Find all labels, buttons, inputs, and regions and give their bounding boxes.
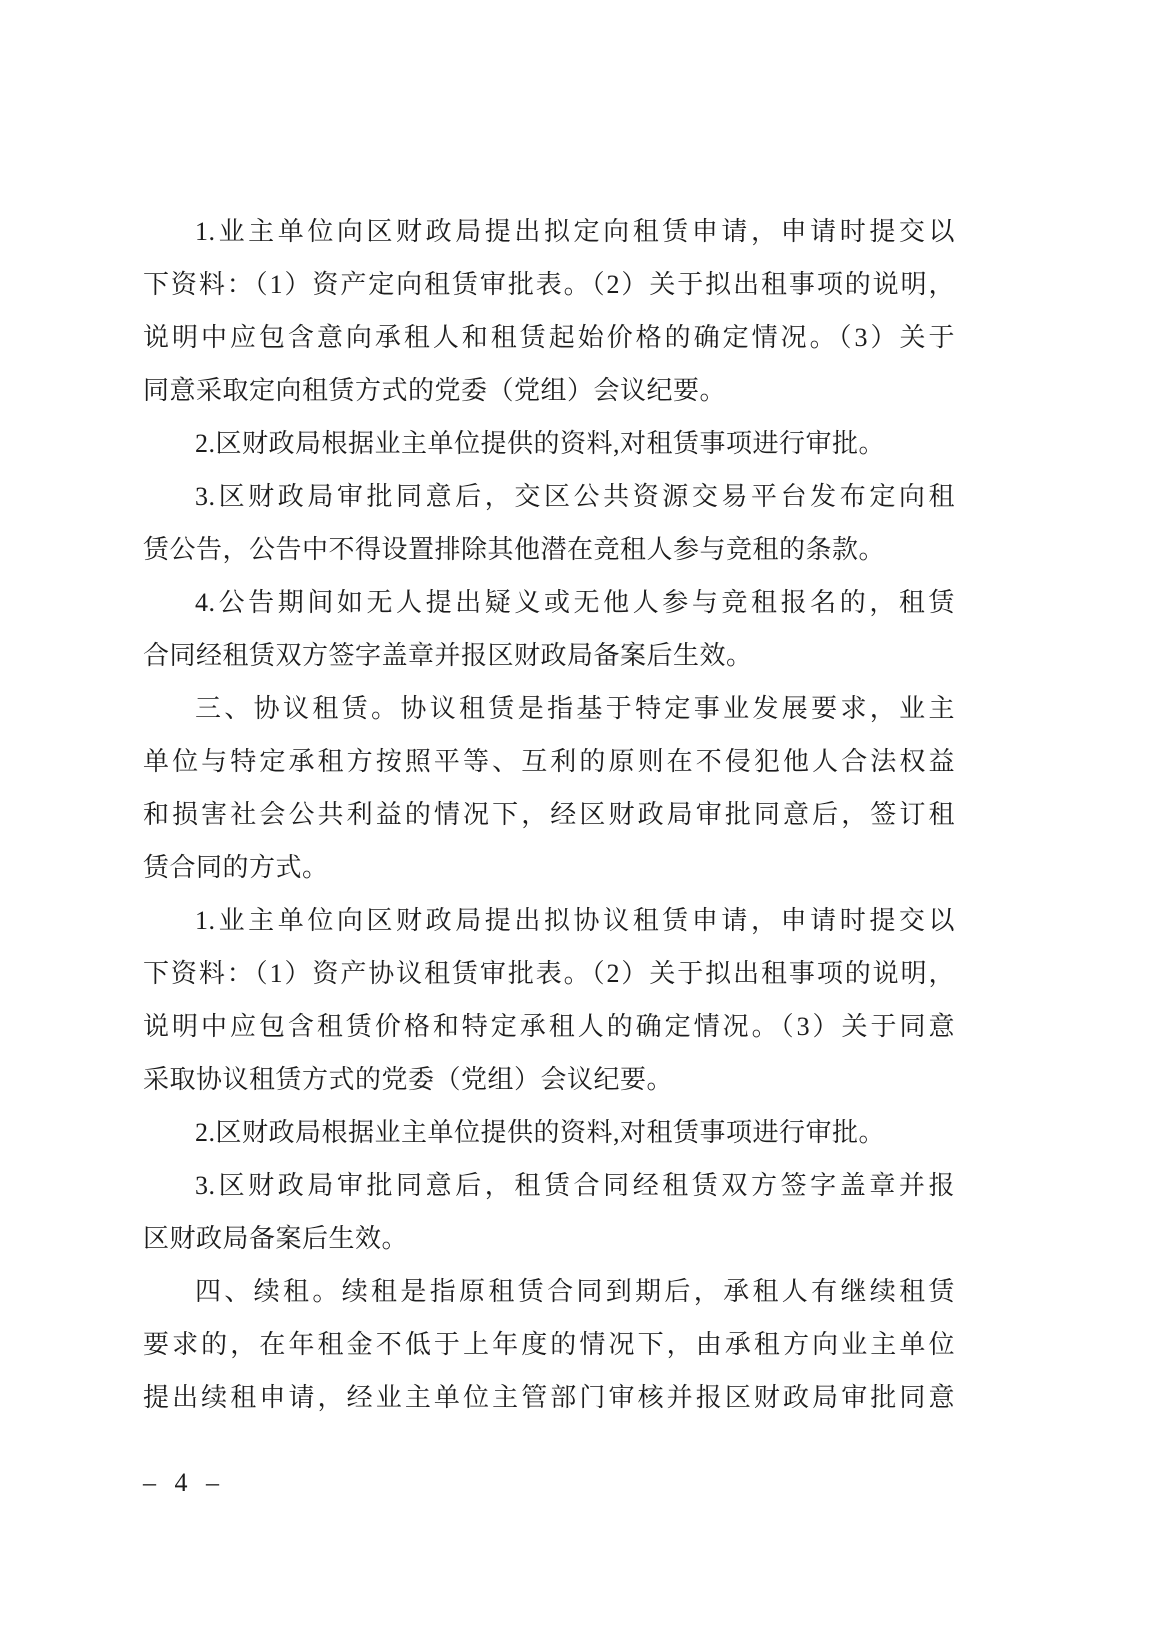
text-line: 和损害社会公共利益的情况下，经区财政局审批同意后，签订租 — [143, 788, 955, 841]
text-line: 2.区财政局根据业主单位提供的资料,对租赁事项进行审批。 — [143, 417, 955, 470]
document-body: 1.业主单位向区财政局提出拟定向租赁申请，申请时提交以下资料：（1）资产定向租赁… — [143, 205, 955, 1424]
text-line: 赁合同的方式。 — [143, 841, 955, 894]
paragraph: 1.业主单位向区财政局提出拟定向租赁申请，申请时提交以下资料：（1）资产定向租赁… — [143, 205, 955, 417]
text-line: 3.区财政局审批同意后，租赁合同经租赁双方签字盖章并报 — [143, 1159, 955, 1212]
text-line: 说明中应包含意向承租人和租赁起始价格的确定情况。（3）关于 — [143, 311, 955, 364]
text-line: 区财政局备案后生效。 — [143, 1212, 955, 1265]
text-line: 下资料：（1）资产定向租赁审批表。（2）关于拟出租事项的说明， — [143, 258, 955, 311]
text-line: 3.区财政局审批同意后，交区公共资源交易平台发布定向租 — [143, 470, 955, 523]
paragraph: 三、协议租赁。协议租赁是指基于特定事业发展要求，业主单位与特定承租方按照平等、互… — [143, 682, 955, 894]
paragraph: 四、续租。续租是指原租赁合同到期后，承租人有继续租赁要求的，在年租金不低于上年度… — [143, 1265, 955, 1424]
paragraph: 1.业主单位向区财政局提出拟协议租赁申请，申请时提交以下资料：（1）资产协议租赁… — [143, 894, 955, 1106]
text-line: 采取协议租赁方式的党委（党组）会议纪要。 — [143, 1053, 955, 1106]
paragraph: 4.公告期间如无人提出疑义或无他人参与竞租报名的，租赁合同经租赁双方签字盖章并报… — [143, 576, 955, 682]
text-line: 单位与特定承租方按照平等、互利的原则在不侵犯他人合法权益 — [143, 735, 955, 788]
page-footer: – 4 – — [143, 1463, 225, 1503]
text-line: 四、续租。续租是指原租赁合同到期后，承租人有继续租赁 — [143, 1265, 955, 1318]
paragraph: 3.区财政局审批同意后，交区公共资源交易平台发布定向租赁公告，公告中不得设置排除… — [143, 470, 955, 576]
text-line: 要求的，在年租金不低于上年度的情况下，由承租方向业主单位 — [143, 1318, 955, 1371]
document-page: 1.业主单位向区财政局提出拟定向租赁申请，申请时提交以下资料：（1）资产定向租赁… — [0, 0, 1157, 1637]
paragraph: 2.区财政局根据业主单位提供的资料,对租赁事项进行审批。 — [143, 417, 955, 470]
text-line: 1.业主单位向区财政局提出拟协议租赁申请，申请时提交以 — [143, 894, 955, 947]
text-line: 提出续租申请，经业主单位主管部门审核并报区财政局审批同意 — [143, 1371, 955, 1424]
paragraph: 2.区财政局根据业主单位提供的资料,对租赁事项进行审批。 — [143, 1106, 955, 1159]
text-line: 赁公告，公告中不得设置排除其他潜在竞租人参与竞租的条款。 — [143, 523, 955, 576]
text-line: 说明中应包含租赁价格和特定承租人的确定情况。（3）关于同意 — [143, 1000, 955, 1053]
text-line: 2.区财政局根据业主单位提供的资料,对租赁事项进行审批。 — [143, 1106, 955, 1159]
text-line: 同意采取定向租赁方式的党委（党组）会议纪要。 — [143, 364, 955, 417]
text-line: 4.公告期间如无人提出疑义或无他人参与竞租报名的，租赁 — [143, 576, 955, 629]
text-line: 下资料：（1）资产协议租赁审批表。（2）关于拟出租事项的说明， — [143, 947, 955, 1000]
text-line: 三、协议租赁。协议租赁是指基于特定事业发展要求，业主 — [143, 682, 955, 735]
text-line: 1.业主单位向区财政局提出拟定向租赁申请，申请时提交以 — [143, 205, 955, 258]
page-number: – 4 – — [143, 1468, 225, 1497]
paragraph: 3.区财政局审批同意后，租赁合同经租赁双方签字盖章并报区财政局备案后生效。 — [143, 1159, 955, 1265]
text-line: 合同经租赁双方签字盖章并报区财政局备案后生效。 — [143, 629, 955, 682]
